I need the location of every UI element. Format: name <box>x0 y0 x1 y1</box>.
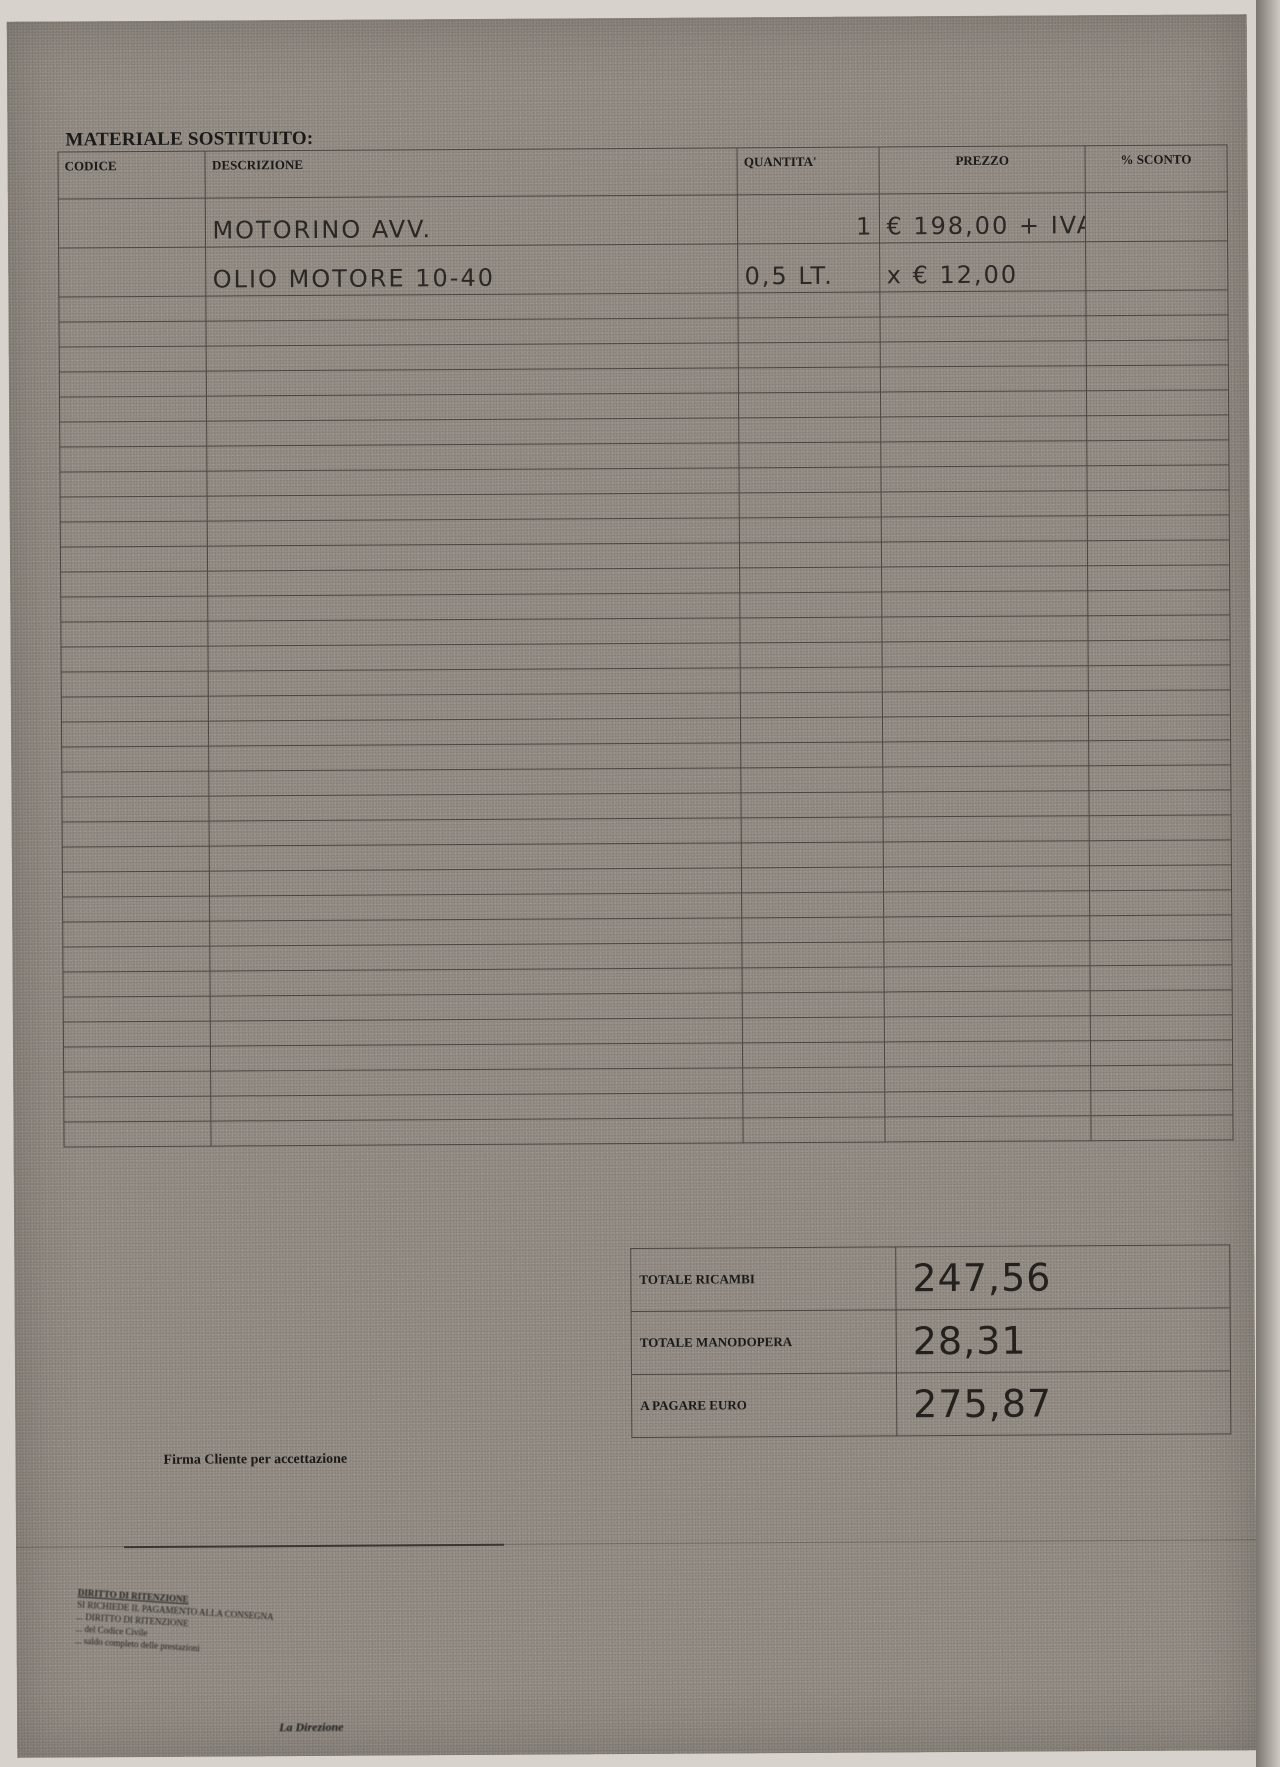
empty-cell <box>740 617 882 643</box>
retention-notice: DIRITTO DI RITENZIONE SI RICHIEDE IL PAG… <box>74 1586 274 1658</box>
empty-cell <box>882 641 1088 667</box>
empty-cell <box>63 996 211 1022</box>
empty-cell <box>885 1016 1091 1042</box>
empty-cell <box>1089 765 1231 791</box>
empty-cell <box>885 1091 1091 1117</box>
empty-cell <box>209 693 741 721</box>
empty-cell <box>206 293 738 321</box>
empty-cell <box>738 342 880 368</box>
empty-cell <box>741 717 883 743</box>
empty-cell <box>207 468 739 496</box>
empty-cell <box>206 318 738 346</box>
amount-due-value: 275,87 <box>896 1371 1230 1436</box>
cell-description: OLIO MOTORE 10-40 <box>206 244 738 296</box>
empty-cell <box>739 467 881 493</box>
empty-cell <box>884 891 1090 917</box>
empty-cell <box>742 992 884 1018</box>
empty-cell <box>882 491 1088 517</box>
empty-cell <box>210 968 742 996</box>
empty-cell <box>63 946 211 972</box>
empty-cell <box>208 643 740 671</box>
parts-total-label: TOTALE RICAMBI <box>631 1247 896 1312</box>
empty-cell <box>1089 915 1231 941</box>
empty-cell <box>1090 1040 1232 1066</box>
header-code: CODICE <box>58 151 206 199</box>
table-row: MOTORINO AVV. 1 € 198,00 + IVA <box>58 192 1227 248</box>
parts-total-value: 247,56 <box>896 1245 1230 1310</box>
empty-cell <box>210 818 742 846</box>
empty-cell <box>1090 940 1232 966</box>
empty-cell <box>884 816 1090 842</box>
empty-cell <box>743 1092 885 1118</box>
empty-cell <box>1089 840 1231 866</box>
empty-cell <box>884 941 1090 967</box>
table-header-row: CODICE DESCRIZIONE QUANTITA' PREZZO % SC… <box>58 145 1227 199</box>
empty-cell <box>211 993 743 1021</box>
empty-cell <box>60 521 208 547</box>
empty-cell <box>740 667 882 693</box>
empty-cell <box>209 793 741 821</box>
totals-row-labor: TOTALE MANODOPERA 28,31 <box>631 1308 1230 1375</box>
empty-cell <box>742 842 884 868</box>
empty-cell <box>61 671 209 697</box>
empty-cell <box>884 841 1090 867</box>
empty-cell <box>59 346 207 372</box>
empty-cell <box>211 1043 743 1071</box>
empty-cell <box>210 893 742 921</box>
empty-cell <box>740 542 882 568</box>
empty-cell <box>59 296 207 322</box>
empty-cell <box>210 868 742 896</box>
empty-cell <box>61 596 209 622</box>
empty-cell <box>741 742 883 768</box>
empty-cell <box>881 416 1087 442</box>
empty-cell <box>210 843 742 871</box>
empty-cell <box>207 343 739 371</box>
empty-cell <box>882 516 1088 542</box>
empty-cell <box>60 496 208 522</box>
empty-cell <box>1089 890 1231 916</box>
empty-cell <box>742 967 884 993</box>
empty-cell <box>883 691 1089 717</box>
header-quantity: QUANTITA' <box>737 147 879 195</box>
empty-cell <box>741 767 883 793</box>
empty-cell <box>882 566 1088 592</box>
empty-cell <box>880 291 1086 317</box>
empty-cell <box>62 846 210 872</box>
empty-cell <box>883 741 1089 767</box>
empty-cell <box>1087 540 1229 566</box>
empty-cell <box>743 1067 885 1093</box>
empty-cell <box>60 446 208 472</box>
empty-cell <box>740 567 882 593</box>
empty-cell <box>885 991 1091 1017</box>
empty-cell <box>209 768 741 796</box>
empty-cell <box>883 716 1089 742</box>
empty-cell <box>1091 1090 1233 1116</box>
totals-table: TOTALE RICAMBI 247,56 TOTALE MANODOPERA … <box>630 1244 1231 1438</box>
customer-signature-label: Firma Cliente per accettazione <box>163 1452 347 1469</box>
empty-cell <box>208 543 740 571</box>
empty-cell <box>739 442 881 468</box>
empty-cell <box>883 766 1089 792</box>
empty-cell <box>208 568 740 596</box>
empty-cell <box>61 721 209 747</box>
cell-code <box>58 198 206 248</box>
cell-discount <box>1085 241 1227 291</box>
fold-divider <box>16 1539 1256 1548</box>
cell-price: € 198,00 + IVA <box>880 193 1086 243</box>
empty-cell <box>743 1017 885 1043</box>
empty-cell <box>884 966 1090 992</box>
empty-cell <box>208 493 740 521</box>
empty-cell <box>1090 965 1232 991</box>
empty-cell <box>882 591 1088 617</box>
empty-cell <box>59 371 207 397</box>
empty-cell <box>1086 290 1228 316</box>
empty-cell <box>881 366 1087 392</box>
empty-cell <box>742 892 884 918</box>
empty-cell <box>211 1018 743 1046</box>
empty-cell <box>741 817 883 843</box>
cell-price: x € 12,00 <box>880 242 1086 292</box>
empty-cell <box>1087 565 1229 591</box>
empty-cell <box>61 571 209 597</box>
empty-cell <box>738 317 880 343</box>
empty-cell <box>207 443 739 471</box>
empty-cell <box>743 1042 885 1068</box>
empty-cell <box>61 696 209 722</box>
empty-cell <box>1088 690 1230 716</box>
empty-cell <box>1087 465 1229 491</box>
empty-cell <box>881 441 1087 467</box>
totals-row-parts: TOTALE RICAMBI 247,56 <box>631 1245 1230 1312</box>
empty-cell <box>207 393 739 421</box>
empty-cell <box>61 646 209 672</box>
empty-cell <box>1089 865 1231 891</box>
empty-cell <box>210 918 742 946</box>
empty-cell <box>739 392 881 418</box>
labor-total-label: TOTALE MANODOPERA <box>631 1310 896 1375</box>
empty-cell <box>885 1041 1091 1067</box>
empty-cell <box>1086 390 1228 416</box>
empty-cell <box>882 616 1088 642</box>
empty-cell <box>739 492 881 518</box>
page-edge-shadow <box>1256 0 1280 1767</box>
empty-cell <box>209 668 741 696</box>
empty-cell <box>884 866 1090 892</box>
empty-cell <box>210 943 742 971</box>
empty-cell <box>64 1096 212 1122</box>
empty-cell <box>1086 415 1228 441</box>
empty-cell <box>1087 515 1229 541</box>
empty-cell <box>883 666 1089 692</box>
empty-cell <box>1086 365 1228 391</box>
empty-cell <box>62 871 210 897</box>
empty-cell <box>208 618 740 646</box>
empty-cell <box>64 1071 212 1097</box>
empty-cell <box>62 821 210 847</box>
empty-cell <box>209 718 741 746</box>
empty-cell <box>60 546 208 572</box>
empty-cell <box>63 921 211 947</box>
empty-cell <box>63 1021 211 1047</box>
section-title: MATERIALE SOSTITUITO: <box>65 128 313 152</box>
empty-cell <box>63 971 211 997</box>
empty-cell <box>885 1116 1091 1142</box>
empty-cell <box>60 421 208 447</box>
empty-cell <box>207 368 739 396</box>
labor-total-value: 28,31 <box>896 1308 1230 1373</box>
empty-cell <box>742 917 884 943</box>
empty-cell <box>207 418 739 446</box>
empty-cell <box>742 942 884 968</box>
empty-cell <box>61 621 209 647</box>
empty-cell <box>883 791 1089 817</box>
empty-cell <box>882 541 1088 567</box>
empty-cell <box>211 1118 743 1146</box>
empty-cell <box>60 396 208 422</box>
header-price: PREZZO <box>879 146 1085 194</box>
empty-cell <box>211 1068 743 1096</box>
empty-cell <box>881 341 1087 367</box>
empty-cell <box>1090 990 1232 1016</box>
empty-cell <box>62 796 210 822</box>
empty-cell <box>59 321 207 347</box>
empty-cell <box>885 1066 1091 1092</box>
empty-cell <box>884 916 1090 942</box>
empty-cell <box>1090 1065 1232 1091</box>
amount-due-label: A PAGARE EURO <box>631 1373 896 1438</box>
empty-cell <box>1088 640 1230 666</box>
empty-cell <box>63 896 211 922</box>
empty-cell <box>1086 340 1228 366</box>
empty-cell <box>208 518 740 546</box>
totals-row-due: A PAGARE EURO 275,87 <box>631 1371 1230 1438</box>
cell-code <box>59 247 207 297</box>
empty-cell <box>1088 615 1230 641</box>
empty-cell <box>62 746 210 772</box>
table-row: OLIO MOTORE 10-40 0,5 LT. x € 12,00 <box>59 241 1228 297</box>
empty-cell <box>211 1093 743 1121</box>
empty-cell <box>881 466 1087 492</box>
empty-cell <box>60 471 208 497</box>
empty-cell <box>739 367 881 393</box>
empty-cell <box>63 1046 211 1072</box>
empty-cell <box>1088 665 1230 691</box>
empty-cell <box>1090 1015 1232 1041</box>
empty-cell <box>742 867 884 893</box>
empty-cell <box>743 1117 885 1143</box>
empty-cell <box>1086 315 1228 341</box>
empty-cell <box>1091 1115 1233 1141</box>
empty-cell <box>1088 590 1230 616</box>
empty-cell <box>740 517 882 543</box>
empty-cell <box>1087 440 1229 466</box>
empty-cell <box>64 1121 212 1147</box>
empty-cell <box>1088 715 1230 741</box>
replaced-materials-table: CODICE DESCRIZIONE QUANTITA' PREZZO % SC… <box>58 144 1234 1147</box>
cell-description: MOTORINO AVV. <box>206 195 738 247</box>
empty-cell <box>1089 815 1231 841</box>
empty-cell <box>880 316 1086 342</box>
empty-cell <box>738 292 880 318</box>
empty-cell <box>741 792 883 818</box>
empty-cell <box>881 391 1087 417</box>
management-signature: La Direzione <box>279 1720 343 1735</box>
cell-quantity: 1 <box>738 194 880 244</box>
empty-cell <box>1089 790 1231 816</box>
empty-cell <box>739 417 881 443</box>
cell-discount <box>1085 192 1227 242</box>
header-description: DESCRIZIONE <box>205 148 737 198</box>
empty-cell <box>208 593 740 621</box>
empty-cell <box>740 592 882 618</box>
empty-cell <box>740 642 882 668</box>
cell-quantity: 0,5 LT. <box>738 243 880 293</box>
empty-cell <box>62 771 210 797</box>
header-discount: % SCONTO <box>1085 145 1227 193</box>
empty-cell <box>209 743 741 771</box>
empty-cell <box>1087 490 1229 516</box>
empty-cell <box>1088 740 1230 766</box>
invoice-sheet: MATERIALE SOSTITUITO: CODICE DESCRIZIONE… <box>7 14 1258 1758</box>
empty-cell <box>741 692 883 718</box>
